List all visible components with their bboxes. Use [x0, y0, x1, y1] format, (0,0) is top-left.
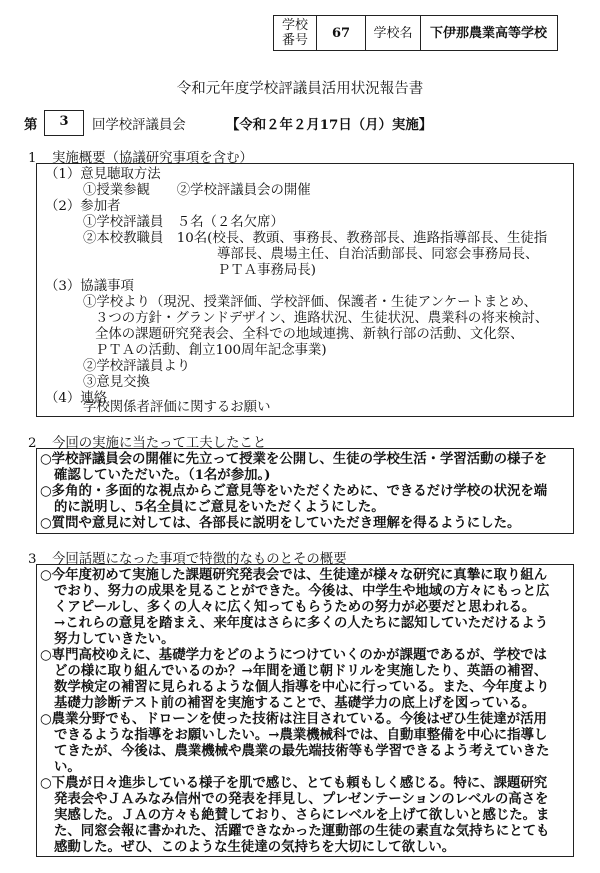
list-item-cont: 実感した。ＪＡの方々も絶賛しており、さらにレベルを上げて欲しいと感じた。ま: [54, 808, 549, 823]
meeting-prefix: 第: [24, 114, 37, 133]
page-title: 令和元年度学校評議員活用状況報告書: [0, 77, 600, 98]
meeting-number-box: 3: [44, 110, 84, 136]
list-item: ○多角的・多面的な視点からご意見等をいただくために、できるだけ学校の状況を端: [40, 484, 547, 499]
list-item: ○農業分野でも、ドローンを使った技術は注目されている。今後はぜひ生徒達が活用: [40, 712, 547, 727]
item-line: 学校関係者評価に関するお願い: [83, 400, 270, 415]
section1-box: （1）意見聴取方法 ①授業参観 ②学校評議員会の開催 （2）参加者 ①学校評議員…: [36, 163, 574, 417]
school-name: 下伊那農業高等学校: [421, 16, 558, 51]
list-item-cont: 発表会やＪＡみなみ信州での発表を拝見し、プレゼンテーションのレベルの高さを: [54, 792, 548, 807]
school-number-label-line2: 番号: [282, 33, 308, 48]
item-line: ③意見交換: [83, 375, 150, 390]
item-line: 導部長、農場主任、自治活動部長、同窓会事務局長、: [217, 247, 538, 262]
list-item-cont: どの様に取り組んでいるのか？→年間を通じ朝ドリルを実施したり、英語の補習、: [54, 664, 547, 679]
list-item-cont: 確認していただいた。（1名が参加。): [54, 468, 271, 483]
list-item-cont: てきたが、今後は、農業機械や農業の最先端技術等も学習できるよう考えていきた: [54, 744, 549, 759]
list-item-cont: 努力していきたい。: [54, 632, 175, 647]
item-line: ②学校評議員より: [83, 359, 190, 374]
list-item-cont: た、同窓会報に書かれた、活躍できなかった運動部の生徒の素直な気持ちにとても: [54, 824, 549, 839]
item-line: ②本校教職員 10名(校長、教頭、事務長、教務部長、進路指導部長、生徒指: [83, 231, 547, 246]
list-item-cont: 感動した。ぜひ、このような生徒達の気持ちを大切にして欲しい。: [54, 840, 455, 855]
list-item-cont: 数学検定の補習に見られるような個人指導を中心に行っている。また、今年度より: [54, 680, 549, 695]
list-item: ○質問や意見に対しては、各部長に説明をしていただき理解を得るようにした。: [40, 516, 520, 531]
list-item: ○学校評議員会の開催に先立って授業を公開し、生徒の学校生活・学習活動の様子を: [40, 452, 547, 467]
list-item-cont: できるような指導をお願いしたい。→農業機械科では、自動車整備を中心に指導し: [54, 728, 547, 743]
item-heading: （2）参加者: [45, 199, 120, 214]
list-item-cont: 的に説明し、5名全員にご意見をいただくようにした。: [54, 500, 385, 515]
school-number: 67: [317, 16, 366, 51]
list-item: ○下農が日々進歩している様子を肌で感じ、とても頼もしく感じる。特に、課題研究: [40, 776, 547, 791]
item-heading: （1）意見聴取方法: [45, 167, 161, 182]
meeting-suffix: 回学校評議員会: [92, 114, 186, 133]
meeting-date: 【令和２年２月17日（月）実施】: [226, 114, 432, 133]
school-info-table: 学校 番号 67 学校名 下伊那農業高等学校: [273, 15, 558, 51]
section2-box: ○学校評議員会の開催に先立って授業を公開し、生徒の学校生活・学習活動の様子を 確…: [36, 448, 574, 534]
list-item: ○今年度初めて実施した課題研究発表会では、生徒達が様々な研究に真摯に取り組ん: [40, 568, 547, 583]
school-number-label: 学校 番号: [274, 16, 317, 51]
item-line: ①学校評議員 ５名（２名欠席）: [83, 215, 284, 230]
section3-box: ○今年度初めて実施した課題研究発表会では、生徒達が様々な研究に真摯に取り組ん で…: [36, 564, 574, 857]
list-item-cont: くアピールし、多くの人々に広く知ってもらうための努力が必要だと思われる。: [54, 600, 535, 615]
item-line: ３つの方針・グランドデザイン、進路状況、生徒状況、農業科の将来検討、: [95, 311, 548, 326]
school-name-label: 学校名: [366, 16, 421, 51]
list-item: ○専門高校ゆえに、基礎学力をどのようにつけていくのかが課題であるが、学校では: [40, 648, 547, 663]
school-number-label-line1: 学校: [282, 18, 308, 33]
item-line: ＰＴＡ事務局長): [217, 263, 316, 278]
list-item-cont: い。: [54, 760, 81, 775]
meeting-number: 3: [59, 114, 68, 129]
item-line: ＰＴＡの活動、創立100周年記念事業): [95, 343, 327, 358]
list-item-cont: 基礎力診断テスト前の補習を実施することで、基礎学力の底上げを図っている。: [54, 696, 535, 711]
item-line: 全体の課題研究発表会、全科での地域連携、新執行部の活動、文化祭、: [95, 327, 524, 342]
item-heading: （3）協議事項: [45, 279, 134, 294]
list-item-cont: →これらの意見を踏まえ、来年度はさらに多くの人たちに認知していただけるよう: [54, 616, 548, 631]
list-item-cont: でおり、努力の成果を見ることができた。今後は、中学生や地域の方々にもっと広: [54, 584, 549, 599]
item-line: ①授業参観 ②学校評議員会の開催: [83, 183, 311, 198]
item-line: ①学校より（現況、授業評価、学校評価、保護者・生徒アンケートまとめ、: [83, 295, 537, 310]
